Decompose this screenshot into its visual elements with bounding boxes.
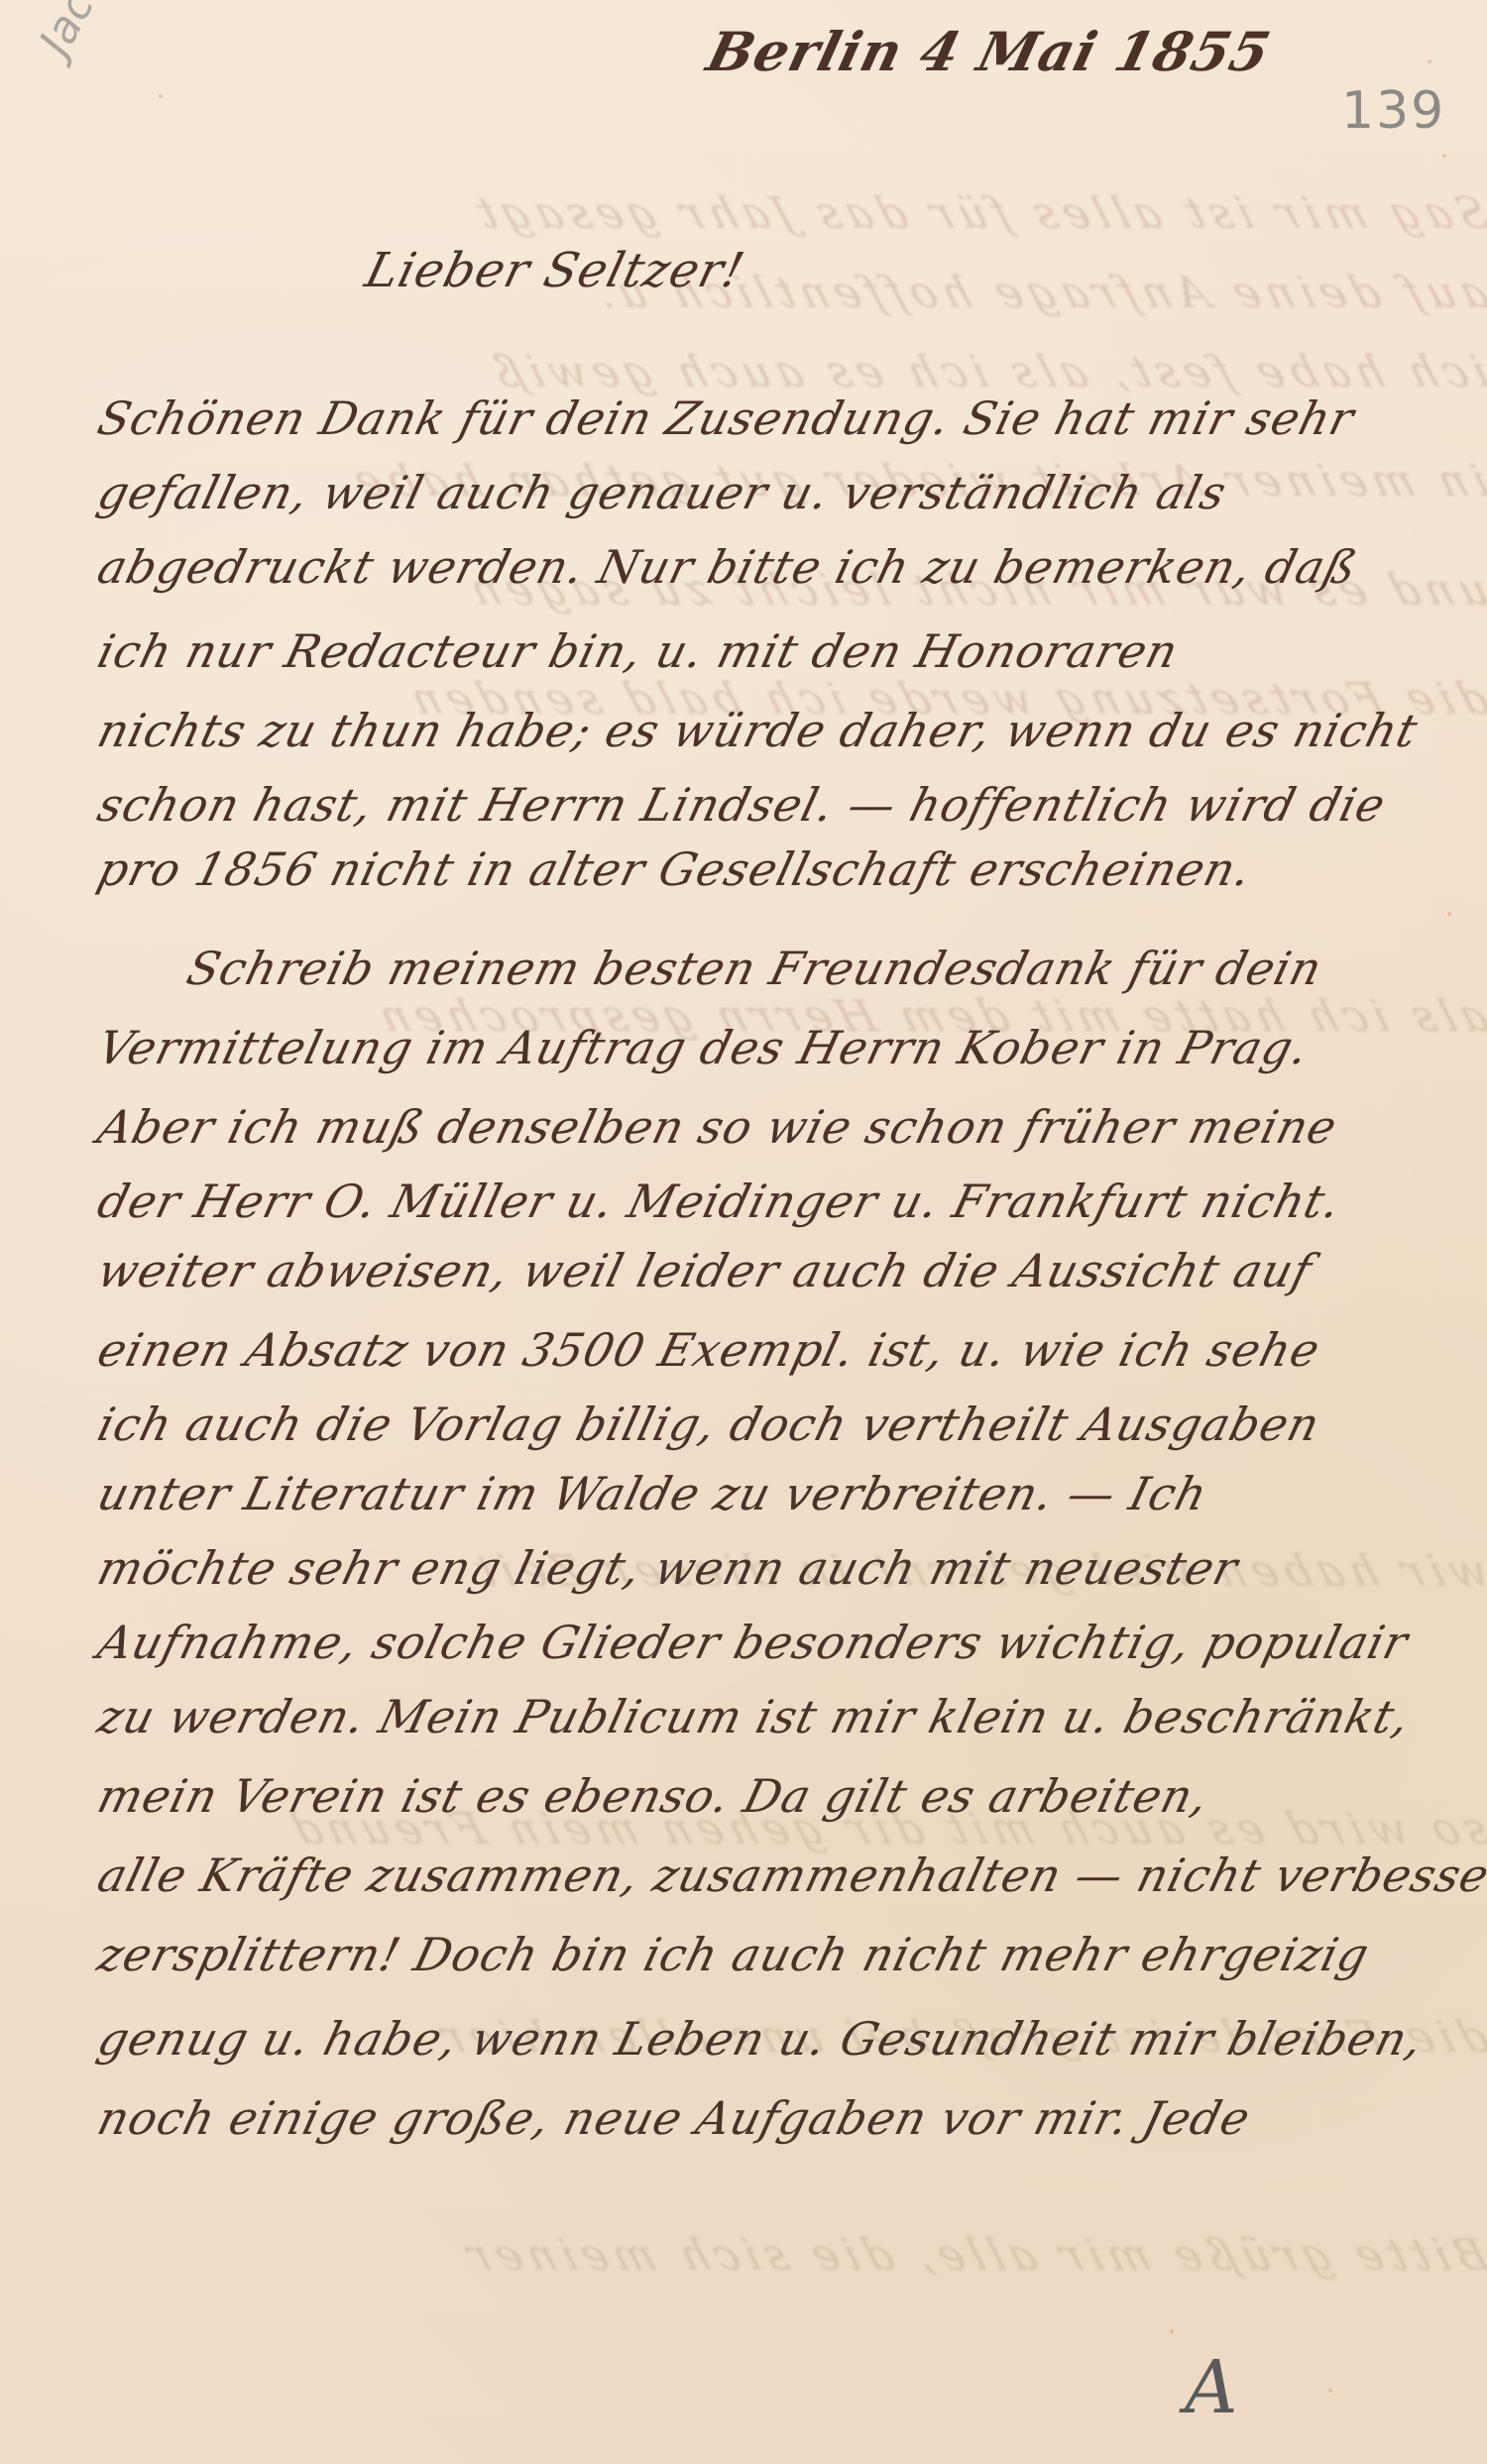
body-line: genug u. habe, wenn Leben u. Gesundheit … — [92, 2012, 1429, 2066]
paper-speck — [1170, 2329, 1174, 2333]
folio-letter: A — [1185, 2345, 1237, 2430]
body-line: Schreib meinem besten Freundesdank für d… — [181, 942, 1327, 995]
body-line: schon hast, mit Herrn Lindsel. — hoffent… — [92, 778, 1391, 832]
body-line: ich auch die Vorlag billig, doch verthei… — [92, 1398, 1325, 1451]
body-line: weiter abweisen, weil leider auch die Au… — [92, 1244, 1317, 1297]
body-line: noch einige große, neue Aufgaben vor mir… — [92, 2091, 1256, 2145]
body-line: Schönen Dank für dein Zusendung. Sie hat… — [92, 392, 1360, 445]
body-line: unter Literatur im Walde zu verbreiten. … — [92, 1467, 1213, 1520]
body-line: ich nur Redacteur bin, u. mit den Honora… — [92, 624, 1184, 678]
body-line: zersplittern! Doch bin ich auch nicht me… — [92, 1928, 1375, 1981]
dateline: Berlin 4 Mai 1855 — [701, 20, 1277, 83]
paper-speck — [1428, 59, 1431, 63]
body-line: einen Absatz von 3500 Exempl. ist, u. wi… — [92, 1323, 1325, 1377]
body-line: pro 1856 nicht in alter Gesellschaft ers… — [92, 842, 1257, 896]
bleed-through-text: Sag mir ist alles für das Jahr gesagt — [0, 188, 1487, 239]
salutation: Lieber Seltzer! — [360, 243, 750, 298]
paper-speck — [1328, 2389, 1332, 2393]
body-line: abgedruckt werden. Nur bitte ich zu beme… — [92, 540, 1363, 594]
body-line: Vermittelung im Auftrag des Herrn Kober … — [92, 1021, 1315, 1074]
body-line: mein Verein ist es ebenso. Da gilt es ar… — [92, 1769, 1214, 1823]
body-line: möchte sehr eng liegt, wenn auch mit neu… — [92, 1541, 1243, 1595]
body-line: zu werden. Mein Publicum ist mir klein u… — [92, 1690, 1416, 1743]
body-line: Aber ich muß denselben so wie schon früh… — [92, 1100, 1342, 1154]
body-line: der Herr O. Müller u. Meidinger u. Frank… — [92, 1175, 1346, 1228]
bleed-through-text: Bitte grüße mir alle, die sich meiner — [0, 2230, 1487, 2281]
paper-speck — [1442, 154, 1446, 158]
body-line: alle Kräfte zusammen, zusammenhalten — n… — [92, 1848, 1487, 1902]
body-line: gefallen, weil auch genauer u. verständl… — [92, 466, 1232, 519]
page-number: 139 — [1341, 81, 1445, 141]
bleed-through-text: ich habe fest, als ich es auch gewiß — [0, 347, 1487, 397]
bleed-through-text: auf deine Anfrage hoffentlich u. — [0, 268, 1487, 318]
body-line: nichts zu thun habe; es würde daher, wen… — [92, 704, 1424, 757]
paper-speck — [1447, 912, 1451, 916]
paper-speck — [159, 94, 163, 98]
body-line: Aufnahme, solche Glieder besonders wicht… — [92, 1616, 1414, 1669]
